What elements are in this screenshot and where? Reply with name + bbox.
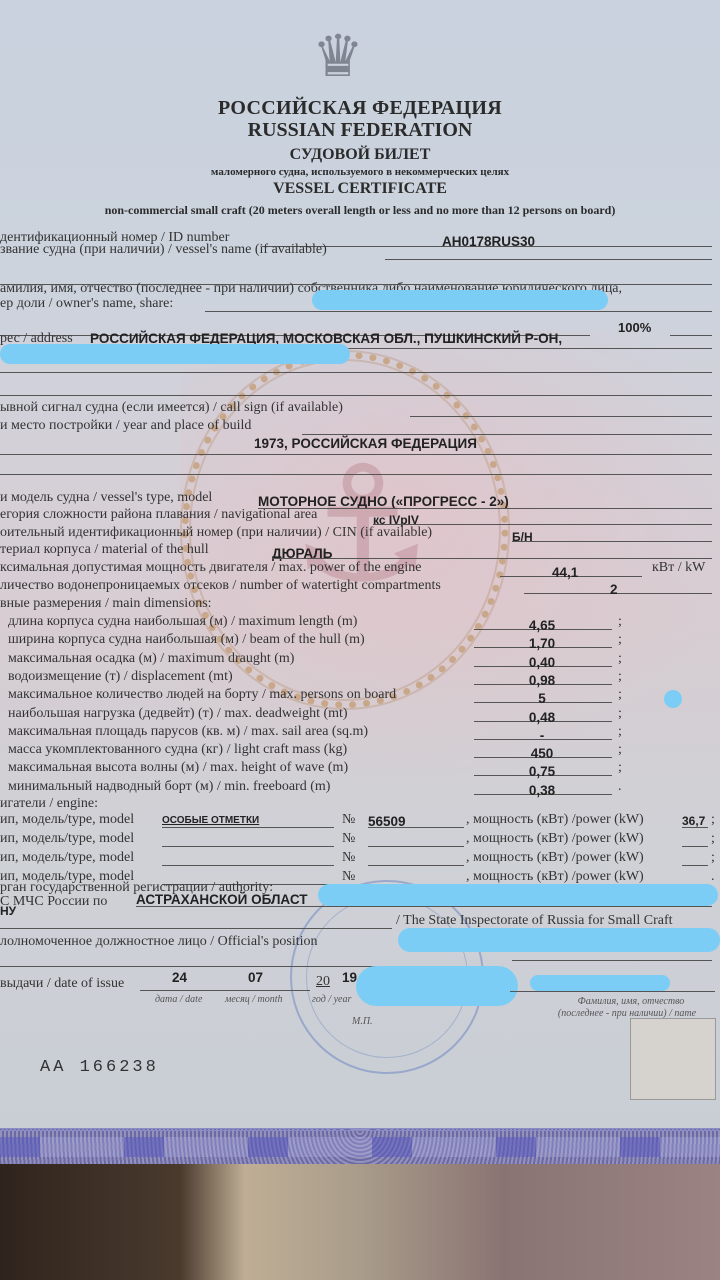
dimension-end: ; [618, 614, 622, 630]
engine-end: ; [711, 831, 715, 847]
cin-rule [512, 541, 712, 542]
cin-label: оительный идентификационный номер (при н… [0, 525, 432, 541]
guilloche-border [0, 1128, 720, 1167]
authority-rule-2 [0, 928, 392, 929]
compartments-rule [524, 593, 712, 594]
engine-label: ип, модель/type, model [0, 831, 134, 847]
engine-label: ип, модель/type, model [0, 850, 134, 866]
hull-rule [272, 558, 712, 559]
seal-caption: М.П. [352, 1016, 373, 1027]
id-value: АН0178RUS30 [442, 234, 535, 249]
callsign-label: ывной сигнал судна (если имеется) / call… [0, 400, 343, 416]
dimension-label: длина корпуса судна наибольшая (м) / max… [8, 614, 357, 630]
dimension-end: . [618, 779, 622, 795]
vessel-certificate: ⚓ ♛ РОССИЙСКАЯ ФЕДЕРАЦИЯ RUSSIAN FEDERAT… [0, 0, 720, 1128]
dimension-value: 0,40 [500, 655, 584, 670]
double-headed-eagle-icon: ♛ [300, 18, 376, 94]
engine-model: ОСОБЫЕ ОТМЕТКИ [162, 815, 259, 826]
engines-label: игатели / engine: [0, 796, 98, 812]
engine-number-rule [368, 865, 464, 866]
country-ru: РОССИЙСКАЯ ФЕДЕРАЦИЯ [0, 97, 720, 120]
dimension-value: 5 [500, 691, 584, 706]
name-rule [510, 991, 715, 992]
engine-power: 36,7 [682, 814, 705, 828]
power-label: ксимальная допустимая мощность двигателя… [0, 560, 421, 576]
dimensions-label: вные размерения / main dimensions: [0, 596, 212, 612]
dimension-value: 1,70 [500, 636, 584, 651]
engine-power-label: , мощность (кВт) /power (kW) [466, 850, 644, 866]
dimension-label: максимальное количество людей на борту /… [8, 687, 396, 703]
callsign-rule [410, 416, 712, 417]
build-rule [302, 434, 712, 435]
title-en: VESSEL CERTIFICATE [0, 180, 720, 198]
dimension-value: 0,98 [500, 673, 584, 688]
engine-model-rule [162, 846, 334, 847]
engine-end: ; [711, 850, 715, 866]
dimension-label: наибольшая нагрузка (дедвейт) (т) / max.… [8, 706, 348, 722]
issue-year: 19 [342, 970, 357, 985]
type-label: и модель судна / vessel's type, model [0, 490, 212, 506]
address-rule-2 [0, 372, 712, 373]
background-fabric [0, 1164, 720, 1280]
redacted-owner-name [312, 290, 608, 310]
type-rule [258, 508, 712, 509]
subtitle-ru: маломерного судна, используемого в неком… [0, 166, 720, 178]
engine-power-label: , мощность (кВт) /power (kW) [466, 831, 644, 847]
engine-power-rule [682, 865, 708, 866]
dimension-end: ; [618, 742, 622, 758]
power-value: 44,1 [552, 565, 578, 580]
dimension-label: максимальная площадь парусов (кв. м) / m… [8, 724, 368, 740]
dimension-end: ; [618, 760, 622, 776]
name-caption-1: Фамилия, имя, отчество [546, 996, 716, 1007]
build-rule-2 [0, 454, 712, 455]
dimension-label: ширина корпуса судна наибольшая (м) / be… [8, 632, 365, 648]
engine-power-label: , мощность (кВт) /power (kW) [466, 869, 644, 885]
authority-english: / The State Inspectorate of Russia for S… [396, 913, 673, 929]
dimension-label: масса укомплектованного судна (кг) / lig… [8, 742, 347, 758]
power-unit: кВт / kW [652, 560, 705, 576]
address-rule-3 [0, 395, 712, 396]
owner-label-2: ер доли / owner's name, share: [0, 296, 173, 312]
hull-label: териал корпуса / material of the hull [0, 542, 209, 558]
engine-no-label: № [342, 850, 355, 866]
dimension-end: ; [618, 632, 622, 648]
official-rule [0, 966, 388, 967]
share-value: 100% [618, 320, 651, 335]
compartments-label: личество водонепроницаемых отсеков / num… [0, 578, 441, 594]
official-rule-2 [512, 960, 712, 961]
build-value: 1973, РОССИЙСКАЯ ФЕДЕРАЦИЯ [254, 436, 477, 451]
owner-rule [205, 311, 712, 312]
issue-day: 24 [172, 970, 187, 985]
redacted-official [398, 928, 720, 952]
engine-power-rule [682, 827, 708, 828]
dimension-label: максимальная высота волны (м) / max. hei… [8, 760, 348, 776]
year-caption: год / year [312, 994, 351, 1005]
photo-placeholder [630, 1018, 716, 1100]
name-label: звание судна (при наличии) / vessel's na… [0, 242, 327, 258]
issue-century: 20 [316, 974, 330, 990]
issue-month: 07 [248, 970, 263, 985]
dimension-value: 450 [500, 746, 584, 761]
dimension-value: - [500, 728, 584, 743]
month-caption: месяц / month [225, 994, 283, 1005]
issue-rule [140, 990, 310, 991]
engine-end: . [711, 869, 715, 885]
dimension-label: водоизмещение (т) / displacement (mt) [8, 669, 233, 685]
dimension-end: ; [618, 724, 622, 740]
dimension-label: максимальная осадка (м) / maximum draugh… [8, 651, 294, 667]
area-label: егория сложности района плавания / navig… [0, 507, 317, 523]
engine-power-label: , мощность (кВт) /power (kW) [466, 812, 644, 828]
day-caption: дата / date [155, 994, 202, 1005]
engine-model-rule [162, 865, 334, 866]
build-rule-3 [0, 474, 712, 475]
engine-end: ; [711, 812, 715, 828]
engine-number-rule [368, 846, 464, 847]
official-label: лолномоченное должностное лицо / Officia… [0, 934, 318, 950]
redaction-dot [664, 690, 682, 708]
share-rule-2 [670, 335, 712, 336]
title-ru: СУДОВОЙ БИЛЕТ [0, 146, 720, 164]
subtitle-en: non-commercial small craft (20 meters ov… [0, 203, 720, 218]
dimension-value: 0,75 [500, 764, 584, 779]
compartments-value: 2 [610, 582, 618, 597]
name-rule [385, 259, 712, 260]
dimension-value: 0,38 [500, 783, 584, 798]
redacted-address [0, 344, 350, 364]
dimension-end: ; [618, 651, 622, 667]
authority-value-line2: НУ [0, 904, 16, 918]
engine-no-label: № [342, 831, 355, 847]
engine-no-label: № [342, 869, 355, 885]
redacted-official-name [530, 975, 670, 991]
engine-power-rule [682, 846, 708, 847]
engine-label: ип, модель/type, model [0, 812, 134, 828]
dimension-value: 4,65 [500, 618, 584, 633]
engine-model-rule [162, 827, 334, 828]
redacted-authority [318, 884, 718, 906]
dimension-value: 0,48 [500, 710, 584, 725]
build-label: и место постройки / year and place of bu… [0, 418, 251, 434]
country-en: RUSSIAN FEDERATION [0, 119, 720, 142]
authority-rule [136, 906, 712, 907]
issue-label: выдачи / date of issue [0, 976, 124, 992]
dimension-end: ; [618, 706, 622, 722]
engine-number-rule [368, 827, 464, 828]
dimension-end: ; [618, 687, 622, 703]
dimension-end: ; [618, 669, 622, 685]
redacted-signature [356, 966, 518, 1006]
engine-no-label: № [342, 812, 355, 828]
authority-value: АСТРАХАНСКОЙ ОБЛАСТ [136, 892, 308, 907]
serial-number: АА 166238 [40, 1058, 159, 1077]
dimension-label: минимальный надводный борт (м) / min. fr… [8, 779, 330, 795]
